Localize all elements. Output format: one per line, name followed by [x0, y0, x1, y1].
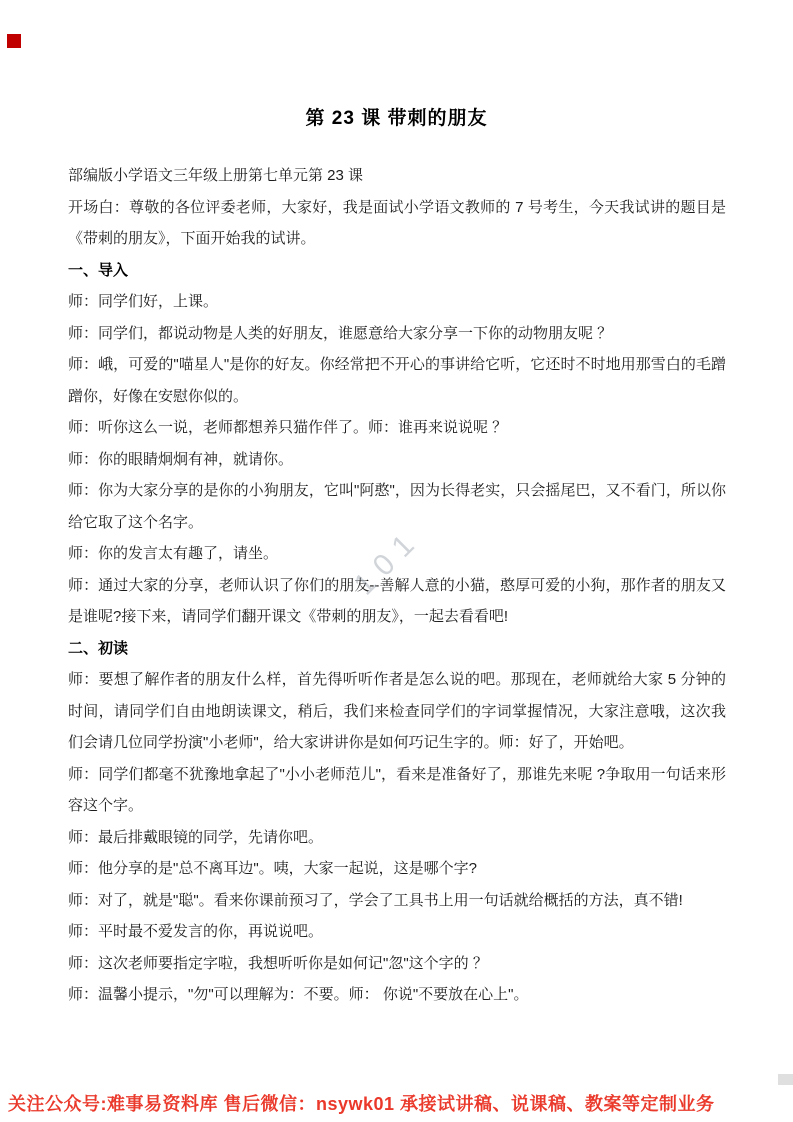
paragraph: 师：你的眼睛炯炯有神，就请你。	[68, 444, 726, 476]
paragraph: 师：峨，可爱的"喵星人"是你的好友。你经常把不开心的事讲给它听，它还时不时地用那…	[68, 349, 726, 412]
paragraph: 师：同学们，都说动物是人类的好朋友，谁愿意给大家分享一下你的动物朋友呢 ？	[68, 318, 726, 350]
paragraph: 开场白：尊敬的各位评委老师，大家好，我是面试小学语文教师的 7 号考生，今天我试…	[68, 192, 726, 255]
section-heading: 二、初读	[68, 633, 726, 665]
paragraph: 师：你为大家分享的是你的小狗朋友，它叫"阿憨"，因为长得老实，只会摇尾巴，又不看…	[68, 475, 726, 538]
paragraph: 师：你的发言太有趣了，请坐。	[68, 538, 726, 570]
paragraph: 师：他分享的是"总不离耳边"。咦，大家一起说，这是哪个字?	[68, 853, 726, 885]
paragraph: 师：最后排戴眼镜的同学，先请你吧。	[68, 822, 726, 854]
paragraph: 师：通过大家的分享，老师认识了你们的朋友--善解人意的小猫，憨厚可爱的小狗，那作…	[68, 570, 726, 633]
paragraph: 师：听你这么一说，老师都想养只猫作伴了。师：谁再来说说呢 ？	[68, 412, 726, 444]
document-body: 部编版小学语文三年级上册第七单元第 23 课开场白：尊敬的各位评委老师，大家好，…	[68, 160, 726, 1011]
section-heading: 一、导入	[68, 255, 726, 287]
page-title: 第 23 课 带刺的朋友	[0, 103, 793, 130]
gray-edge-artifact	[778, 1074, 793, 1085]
paragraph: 部编版小学语文三年级上册第七单元第 23 课	[68, 160, 726, 192]
paragraph: 师：对了，就是"聪"。看来你课前预习了，学会了工具书上用一句话就给概括的方法，真…	[68, 885, 726, 917]
footer-promo-banner: 关注公众号:难事易资料库 售后微信：nsywk01 承接试讲稿、说课稿、教案等定…	[8, 1090, 791, 1116]
paragraph: 师：这次老师要指定字啦，我想听听你是如何记"忽"这个字的 ？	[68, 948, 726, 980]
paragraph: 师：平时最不爱发言的你，再说说吧。	[68, 916, 726, 948]
paragraph: 师：同学们好，上课。	[68, 286, 726, 318]
paragraph: 师：同学们都毫不犹豫地拿起了"小小老师范儿"，看来是准备好了，那谁先来呢 ?争取…	[68, 759, 726, 822]
paragraph: 师：温馨小提示，"勿"可以理解为：不要。师： 你说"不要放在心上"。	[68, 979, 726, 1011]
document-page: 第 23 课 带刺的朋友 部编版小学语文三年级上册第七单元第 23 课开场白：尊…	[0, 0, 793, 1122]
paragraph: 师：要想了解作者的朋友什么样，首先得听听作者是怎么说的吧。那现在，老师就给大家 …	[68, 664, 726, 759]
red-square-marker	[7, 34, 21, 48]
